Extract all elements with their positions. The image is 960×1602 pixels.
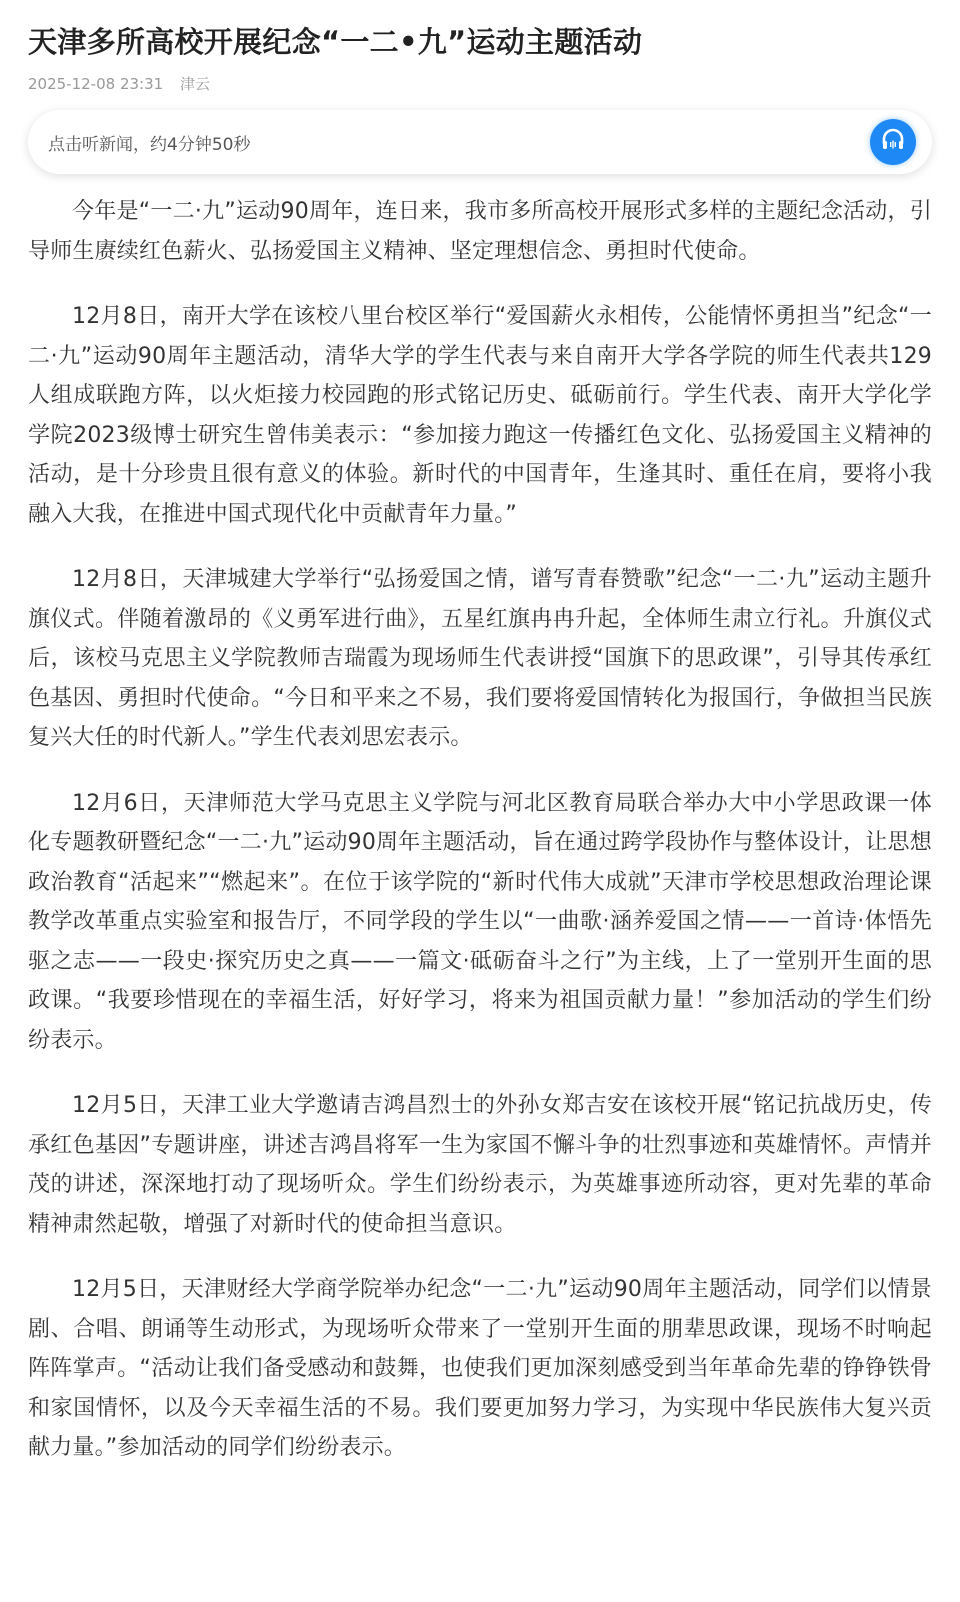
paragraph: 今年是“一二·九”运动90周年，连日来，我市多所高校开展形式多样的主题纪念活动，… xyxy=(28,192,932,271)
listen-news-bar[interactable]: 点击听新闻，约4分钟50秒 xyxy=(28,110,932,174)
article: 天津多所高校开展纪念“一二•九”运动主题活动 2025-12-08 23:31 … xyxy=(0,0,960,1468)
headphones-icon xyxy=(880,127,906,157)
article-body: 今年是“一二·九”运动90周年，连日来，我市多所高校开展形式多样的主题纪念活动，… xyxy=(28,192,932,1468)
article-meta: 2025-12-08 23:31 津云 xyxy=(28,74,932,94)
paragraph: 12月6日，天津师范大学马克思主义学院与河北区教育局联合举办大中小学思政课一体化… xyxy=(28,784,932,1061)
paragraph: 12月5日，天津财经大学商学院举办纪念“一二·九”运动90周年主题活动，同学们以… xyxy=(28,1270,932,1468)
paragraph: 12月8日，天津城建大学举行“弘扬爱国之情，谱写青春赞歌”纪念“一二·九”运动主… xyxy=(28,560,932,758)
publish-date: 2025-12-08 23:31 xyxy=(28,75,163,93)
paragraph: 12月8日，南开大学在该校八里台校区举行“爱国薪火永相传，公能情怀勇担当”纪念“… xyxy=(28,297,932,534)
article-source: 津云 xyxy=(180,75,210,93)
paragraph: 12月5日，天津工业大学邀请吉鸿昌烈士的外孙女郑吉安在该校开展“铭记抗战历史，传… xyxy=(28,1086,932,1244)
listen-news-label: 点击听新闻，约4分钟50秒 xyxy=(48,130,250,155)
play-audio-button[interactable] xyxy=(870,119,916,165)
article-title: 天津多所高校开展纪念“一二•九”运动主题活动 xyxy=(28,0,932,62)
